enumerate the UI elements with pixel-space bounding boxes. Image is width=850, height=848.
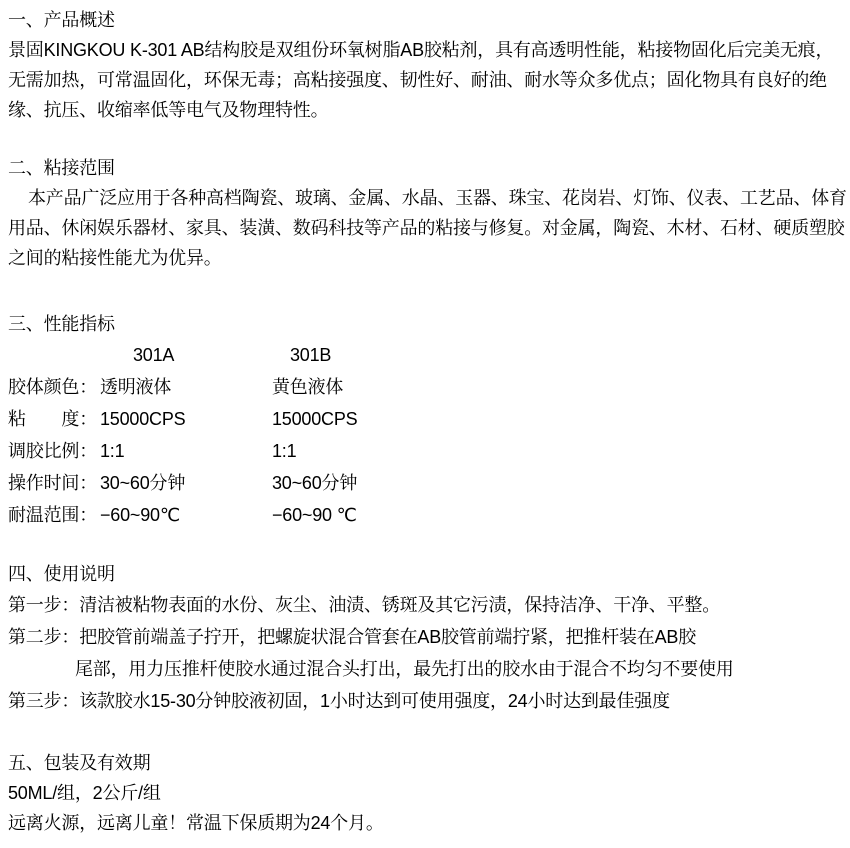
row-value-a: 30~60分钟 xyxy=(100,467,272,499)
specs-column-header-301b: 301B xyxy=(272,339,850,371)
scope-heading: 二、粘接范围 xyxy=(8,153,850,183)
specs-heading: 三、性能指标 xyxy=(8,309,850,339)
packaging-heading: 五、包装及有效期 xyxy=(8,748,850,778)
packaging-size-line: 50ML/组，2公斤/组 xyxy=(8,778,850,808)
row-label: 调胶比例： xyxy=(8,435,100,467)
row-value-b: 1:1 xyxy=(272,435,850,467)
scope-paragraph: 本产品广泛应用于各种高档陶瓷、玻璃、金属、水晶、玉器、珠宝、花岗岩、灯饰、仪表、… xyxy=(8,183,850,273)
row-label: 耐温范围： xyxy=(8,499,100,531)
row-value-b: 15000CPS xyxy=(272,403,850,435)
table-row-viscosity: 粘 度： 15000CPS 15000CPS xyxy=(8,403,850,435)
row-value-a: −60~90℃ xyxy=(100,499,272,531)
section-scope: 二、粘接范围 本产品广泛应用于各种高档陶瓷、玻璃、金属、水晶、玉器、珠宝、花岗岩… xyxy=(8,153,850,273)
row-label: 胶体颜色： xyxy=(8,371,100,403)
row-label: 操作时间： xyxy=(8,467,100,499)
specs-column-header-301a: 301A xyxy=(100,339,272,371)
usage-step-1: 第一步：清洁被粘物表面的水份、灰尘、油渍、锈斑及其它污渍，保持洁净、干净、平整。 xyxy=(8,589,850,621)
specs-header-label-spacer xyxy=(8,339,100,371)
section-specs: 三、性能指标 301A 301B 胶体颜色： 透明液体 黄色液体 粘 度： 15… xyxy=(8,309,850,531)
table-row-glue-color: 胶体颜色： 透明液体 黄色液体 xyxy=(8,371,850,403)
specs-header-row: 301A 301B xyxy=(8,339,850,371)
row-label: 粘 度： xyxy=(8,403,100,435)
document-page: 一、产品概述 景固KINGKOU K-301 AB结构胶是双组份环氧树脂AB胶粘… xyxy=(0,0,850,848)
row-value-b: 30~60分钟 xyxy=(272,467,850,499)
row-value-a: 1:1 xyxy=(100,435,272,467)
row-value-a: 15000CPS xyxy=(100,403,272,435)
overview-heading: 一、产品概述 xyxy=(8,5,850,35)
row-value-b: 黄色液体 xyxy=(272,371,850,403)
table-row-temp-range: 耐温范围： −60~90℃ −60~90 ℃ xyxy=(8,499,850,531)
table-row-working-time: 操作时间： 30~60分钟 30~60分钟 xyxy=(8,467,850,499)
usage-step-2: 第二步：把胶管前端盖子拧开，把螺旋状混合管套在AB胶管前端拧紧，把推杆装在AB胶 xyxy=(8,621,850,653)
overview-paragraph: 景固KINGKOU K-301 AB结构胶是双组份环氧树脂AB胶粘剂，具有高透明… xyxy=(8,35,850,125)
row-value-b: −60~90 ℃ xyxy=(272,499,850,531)
usage-step-3: 第三步：该款胶水15-30分钟胶液初固，1小时达到可使用强度，24小时达到最佳强… xyxy=(8,685,850,717)
table-row-mix-ratio: 调胶比例： 1:1 1:1 xyxy=(8,435,850,467)
row-value-a: 透明液体 xyxy=(100,371,272,403)
section-packaging: 五、包装及有效期 50ML/组，2公斤/组 远离火源，远离儿童！常温下保质期为2… xyxy=(8,748,850,838)
usage-heading: 四、使用说明 xyxy=(8,559,850,589)
usage-step-2-continuation: 尾部，用力压推杆使胶水通过混合头打出，最先打出的胶水由于混合不均匀不要使用 xyxy=(8,653,850,685)
packaging-warning-line: 远离火源，远离儿童！常温下保质期为24个月。 xyxy=(8,808,850,838)
section-overview: 一、产品概述 景固KINGKOU K-301 AB结构胶是双组份环氧树脂AB胶粘… xyxy=(8,5,850,125)
section-usage: 四、使用说明 第一步：清洁被粘物表面的水份、灰尘、油渍、锈斑及其它污渍，保持洁净… xyxy=(8,559,850,717)
